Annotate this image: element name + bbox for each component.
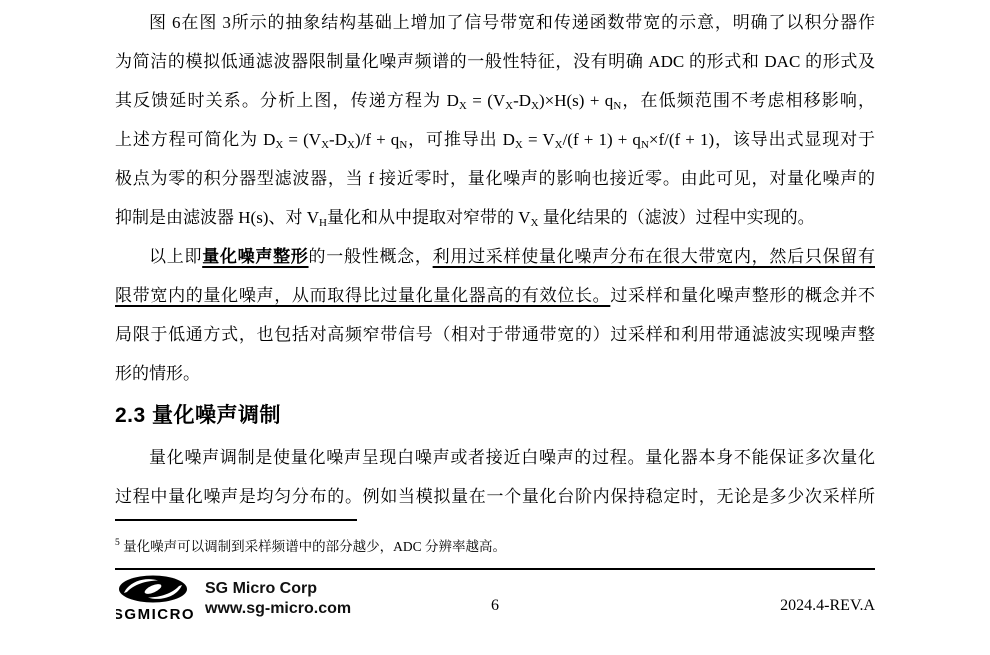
text-line: 过程中量化噪声是均匀分布的。例如当模拟量在一个量化台阶内保持稳定时，无论是多少次… [115,477,875,516]
text-line: 图 6在图 3所示的抽象结构基础上增加了信号带宽和传递函数带宽的示意，明确了以积… [115,3,875,42]
footnote-marker: 5 [115,538,120,548]
text-line: 形的情形。 [115,354,875,393]
text-run: 过采样和量化噪声整形的概念并不 [610,286,875,305]
section-heading: 2.3 量化噪声调制 [115,393,875,438]
text-run: = (V [467,91,505,110]
text-line: 量化噪声调制是使量化噪声呈现白噪声或者接近白噪声的过程。量化器本身不能保证多次量… [115,438,875,477]
text-line: 抑制是由滤波器 H(s)、对 VH量化和从中提取对窄带的 VX 量化结果的（滤波… [115,198,875,237]
text-run: 其反馈延时关系。分析上图，传递方程为 D [115,91,459,110]
subscript: H [319,217,327,229]
text-run: 的一般性概念， [309,247,433,266]
subscript: X [321,139,329,151]
subscript: X [505,100,513,112]
text-run: )×H(s) + q [539,91,613,110]
text-line: 极点为零的积分器型滤波器，当 f 接近零时，量化噪声的影响也接近零。由此可见，对… [115,159,875,198]
footnote-text: 量化噪声可以调制到采样频谱中的部分越少，ADC 分辨率越高。 [123,539,506,554]
text-run: = V [523,130,555,149]
text-run: ，在低频范围不考虑相移影响， [621,91,875,110]
text-run: 抑制是由滤波器 H(s)、对 V [115,208,319,227]
subscript: X [347,139,355,151]
footer-separator [115,568,875,570]
subscript: X [531,100,539,112]
text-run: 上述方程可简化为 D [115,130,275,149]
text-run: 量化噪声调制是使量化噪声呈现白噪声或者接近白噪声的过程。量化器本身不能保证多次量… [149,448,875,467]
text-run: 为简洁的模拟低通滤波器限制量化噪声频谱的一般性特征，没有明确 ADC 的形式和 … [115,52,875,71]
text-run: -D [513,91,531,110]
footnote-separator [115,519,357,521]
footnote: 5 量化噪声可以调制到采样频谱中的部分越少，ADC 分辨率越高。 [115,532,875,558]
revision-label: 2024.4-REV.A [780,597,875,615]
document-body: 图 6在图 3所示的抽象结构基础上增加了信号带宽和传递函数带宽的示意，明确了以积… [115,3,875,516]
text-line: 局限于低通方式，也包括对高频窄带信号（相对于带通带宽的）过采样和利用带通滤波实现… [115,315,875,354]
text-line: 其反馈延时关系。分析上图，传递方程为 DX = (VX-DX)×H(s) + q… [115,81,875,120]
text-line: 上述方程可简化为 DX = (VX-DX)/f + qN，可推导出 DX = V… [115,120,875,159]
text-line: 为简洁的模拟低通滤波器限制量化噪声频谱的一般性特征，没有明确 ADC 的形式和 … [115,42,875,81]
document-page: 图 6在图 3所示的抽象结构基础上增加了信号带宽和传递函数带宽的示意，明确了以积… [0,0,990,655]
subscript: X [459,100,467,112]
text-run: = (V [283,130,321,149]
text-run: 量化噪声整形 [202,247,308,266]
text-run: /(f + 1) + q [563,130,641,149]
text-run: )/f + q [355,130,399,149]
text-run: 以上即 [149,247,202,266]
text-run: 利用过采样使量化噪声分布在很大带宽内，然后只保留有 [433,247,875,266]
text-run: -D [329,130,347,149]
subscript: X [555,139,563,151]
text-run: 限带宽内的量化噪声，从而取得比过量化量化器高的有效位长。 [115,286,610,305]
text-run: 量化和从中提取对窄带的 V [327,208,531,227]
text-run: 图 6在图 3所示的抽象结构基础上增加了信号带宽和传递函数带宽的示意，明确了以积… [149,13,875,32]
text-run: ，可推导出 D [407,130,515,149]
subscript: N [641,139,649,151]
text-run: 过程中量化噪声是均匀分布的。例如当模拟量在一个量化台阶内保持稳定时，无论是多少次… [115,487,875,506]
text-run: 局限于低通方式，也包括对高频窄带信号（相对于带通带宽的）过采样和利用带通滤波实现… [115,325,875,344]
text-run: 量化结果的（滤波）过程中实现的。 [538,208,814,227]
text-run: 极点为零的积分器型滤波器，当 f 接近零时，量化噪声的影响也接近零。由此可见，对… [115,169,875,188]
text-line: 以上即量化噪声整形的一般性概念，利用过采样使量化噪声分布在很大带宽内，然后只保留… [115,237,875,276]
text-run: ×f/(f + 1)，该导出式显现对于 [649,130,875,149]
text-run: 形的情形。 [115,364,200,383]
company-name: SG Micro Corp [205,579,351,599]
text-line: 限带宽内的量化噪声，从而取得比过量化量化器高的有效位长。过采样和量化噪声整形的概… [115,276,875,315]
subscript: X [515,139,523,151]
